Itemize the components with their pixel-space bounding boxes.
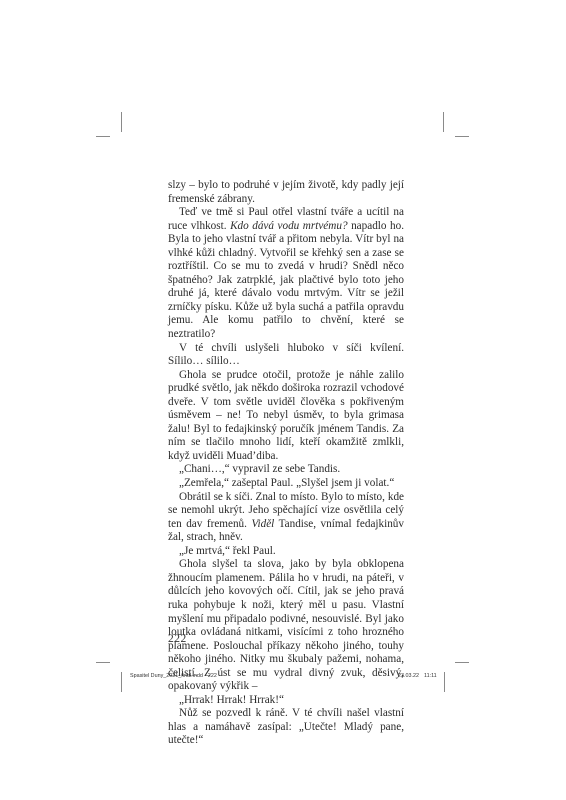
paragraph: „Zemřela,“ zašeptal Paul. „Slyšel jsem j… [168,477,404,491]
paragraph: „Chani…,“ vypravil ze sebe Tandis. [168,463,404,477]
crop-mark-bottom-left [121,672,122,692]
crop-mark-bottom-right-h [455,662,469,663]
crop-mark-top-left-h [96,136,110,137]
crop-mark-top-right [443,112,444,132]
page-number: 222 [168,633,187,645]
text-run: „Hrrak! Hrrak! Hrrak!“ [179,694,284,706]
italic-text: Kdo dává vodu mrtvému? [230,220,347,232]
paragraph: „Hrrak! Hrrak! Hrrak!“ [168,694,404,708]
text-run: slzy – bylo to podruhé v jejím životě, k… [168,179,404,205]
crop-mark-top-right-h [455,136,469,137]
text-run: „Je mrtvá,“ řekl Paul. [179,545,276,557]
text-run: V té chvíli uslyšeli hluboko v síči kvíl… [168,342,404,368]
paragraph: slzy – bylo to podruhé v jejím životě, k… [168,179,404,206]
book-page: slzy – bylo to podruhé v jejím životě, k… [0,0,566,800]
paragraph: „Je mrtvá,“ řekl Paul. [168,545,404,559]
crop-mark-bottom-left-h [96,662,110,663]
slug-filename: Spasitel Duny_2021_final.indd222 [130,673,217,679]
paragraph: Ghola se prudce otočil, protože je náhle… [168,369,404,464]
slug-page: 222 [208,673,217,679]
text-run: „Chani…,“ vypravil ze sebe Tandis. [179,463,340,475]
paragraph: Obrátil se k síči. Znal to místo. Bylo t… [168,491,404,545]
slug-time: 11:11 [424,673,437,679]
crop-mark-bottom-right [444,672,445,692]
text-run: „Zemřela,“ zašeptal Paul. „Slyšel jsem j… [179,477,394,489]
body-text: slzy – bylo to podruhé v jejím životě, k… [168,179,404,748]
paragraph: Teď ve tmě si Paul otřel vlastní tváře a… [168,206,404,341]
paragraph: Nůž se pozvedl k ráně. V té chvíli našel… [168,707,404,748]
text-run: napadlo ho. Byla to jeho vlastní tvář a … [168,220,404,340]
slug-timestamp: 23.03.2211:11 [398,673,437,679]
text-run: Ghola se prudce otočil, protože je náhle… [168,369,404,462]
slug-file: Spasitel Duny_2021_final.indd [130,673,203,679]
paragraph: V té chvíli uslyšeli hluboko v síči kvíl… [168,342,404,369]
crop-mark-top-left [121,112,122,132]
text-run: Nůž se pozvedl k ráně. V té chvíli našel… [168,707,404,746]
slug-date: 23.03.22 [398,673,419,679]
italic-text: Viděl [251,518,274,530]
